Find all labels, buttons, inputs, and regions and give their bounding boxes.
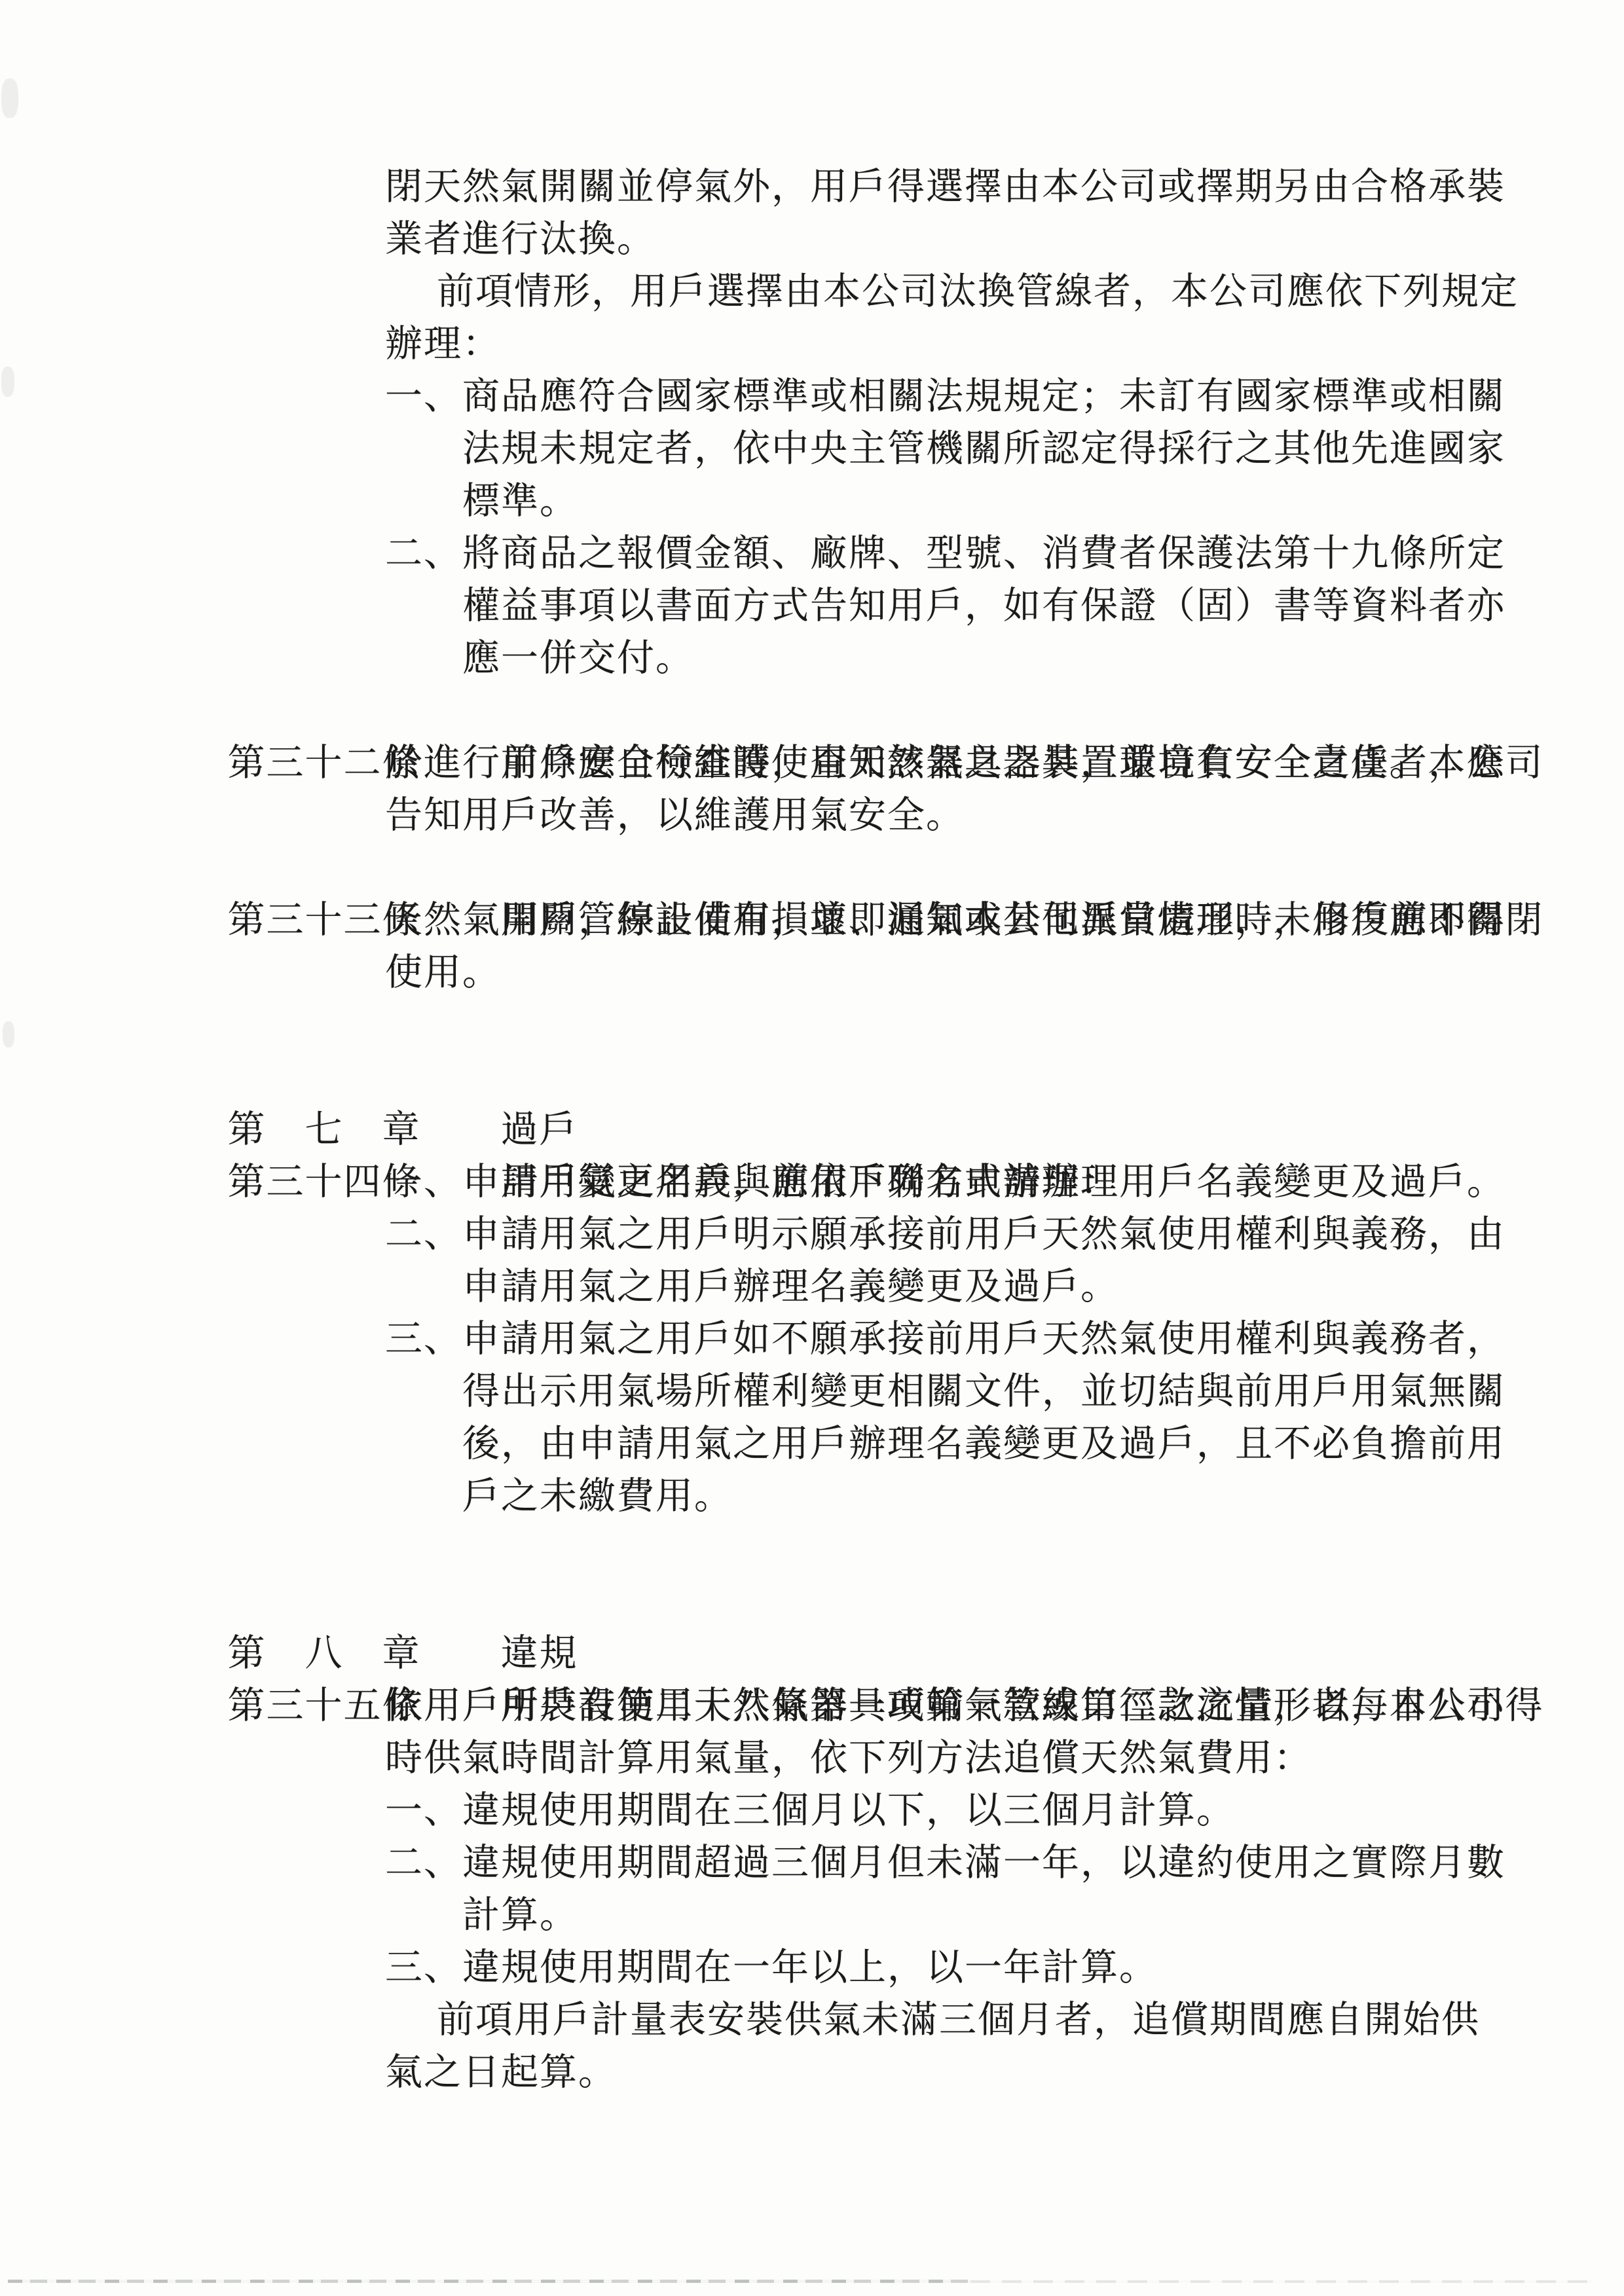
list-item-line: 二、將商品之報價金額、廠牌、型號、消費者保護法第十九條所定 — [0, 528, 1624, 580]
chapter-title: 違規 — [501, 1633, 578, 1674]
list-item-line: 二、違規使用期間超過三個月但未滿一年，以違約使用之實際月數 — [0, 1837, 1624, 1889]
list-item-wrap-line: 得出示用氣場所權利變更相關文件，並切結與前用戶用氣無關 — [0, 1366, 1624, 1418]
text-line: 使用。 — [0, 947, 1624, 999]
chapter-number-label: 第 八 章 — [228, 1628, 501, 1680]
list-item-line: 一、商品應符合國家標準或相關法規規定；未訂有國家標準或相關 — [0, 371, 1624, 423]
text-line: 時供氣時間計算用氣量，依下列方法追償天然氣費用： — [0, 1732, 1624, 1785]
text-line: 前項情形，用戶選擇由本公司汰換管線者，本公司應依下列規定 — [0, 266, 1624, 318]
document-text-block: 閉天然氣開關並停氣外，用戶得選擇由本公司或擇期另由合格承裝 業者進行汰換。 前項… — [0, 161, 1624, 2099]
list-item-wrap-line: 法規未規定者，依中央主管機關所認定得採行之其他先進國家 — [0, 423, 1624, 475]
list-item-wrap-line: 後，由申請用氣之用戶辦理名義變更及過戶，且不必負擔前用 — [0, 1418, 1624, 1470]
list-item-wrap-line: 計算。 — [0, 1889, 1624, 1942]
list-item-line: 三、違規使用期間在一年以上，以一年計算。 — [0, 1942, 1624, 1994]
list-item-wrap-line: 標準。 — [0, 475, 1624, 528]
blank-line — [0, 999, 1624, 1051]
text-line: 氣之日起算。 — [0, 2047, 1624, 2099]
scan-smudge — [1, 367, 14, 397]
scan-artifact-line-tail — [970, 2280, 1593, 2283]
list-item-line: 三、申請用氣之用戶如不願承接前用戶天然氣使用權利與義務者， — [0, 1313, 1624, 1366]
list-item-wrap-line: 申請用氣之用戶辦理名義變更及過戶。 — [0, 1261, 1624, 1313]
list-item-wrap-line: 戶之未繳費用。 — [0, 1470, 1624, 1523]
text-line: 前項用戶計量表安裝供氣未滿三個月者，追償期間應自開始供 — [0, 1994, 1624, 2047]
text-line: 告知用戶改善，以維護用氣安全。 — [0, 790, 1624, 842]
list-item-wrap-line: 權益事項以書面方式告知用戶，如有保證（固）書等資料者亦 — [0, 580, 1624, 632]
chapter-number-label: 第 七 章 — [228, 1104, 501, 1156]
text-line: 辦理： — [0, 318, 1624, 371]
blank-line — [0, 1523, 1624, 1575]
chapter-heading: 第 七 章過戶 — [0, 1051, 1624, 1104]
list-item-wrap-line: 應一併交付。 — [0, 632, 1624, 685]
text-line: 業者進行汰換。 — [0, 213, 1624, 266]
document-page: 閉天然氣開關並停氣外，用戶得選擇由本公司或擇期另由合格承裝 業者進行汰換。 前項… — [0, 0, 1624, 2296]
chapter-title: 過戶 — [501, 1109, 578, 1150]
list-item-line: 一、違規使用期間在三個月以下，以三個月計算。 — [0, 1785, 1624, 1837]
scan-artifact-line — [8, 2280, 970, 2283]
list-item-line: 二、申請用氣之用戶明示願承接前用戶天然氣使用權利與義務，由 — [0, 1209, 1624, 1261]
chapter-heading: 第 八 章違規 — [0, 1575, 1624, 1628]
scan-smudge — [1, 79, 18, 118]
article-line: 第三十二條用戶應自行維護使用天然氣之器具，並自負安全責任。本公司 — [0, 685, 1624, 737]
article-line: 第三十三條用戶管線設備有損壞、漏氣或其他異常情形時，用戶應即關閉 — [0, 842, 1624, 894]
text-line: 閉天然氣開關並停氣外，用戶得選擇由本公司或擇期另由合格承裝 — [0, 161, 1624, 213]
scan-smudge — [3, 1021, 14, 1048]
